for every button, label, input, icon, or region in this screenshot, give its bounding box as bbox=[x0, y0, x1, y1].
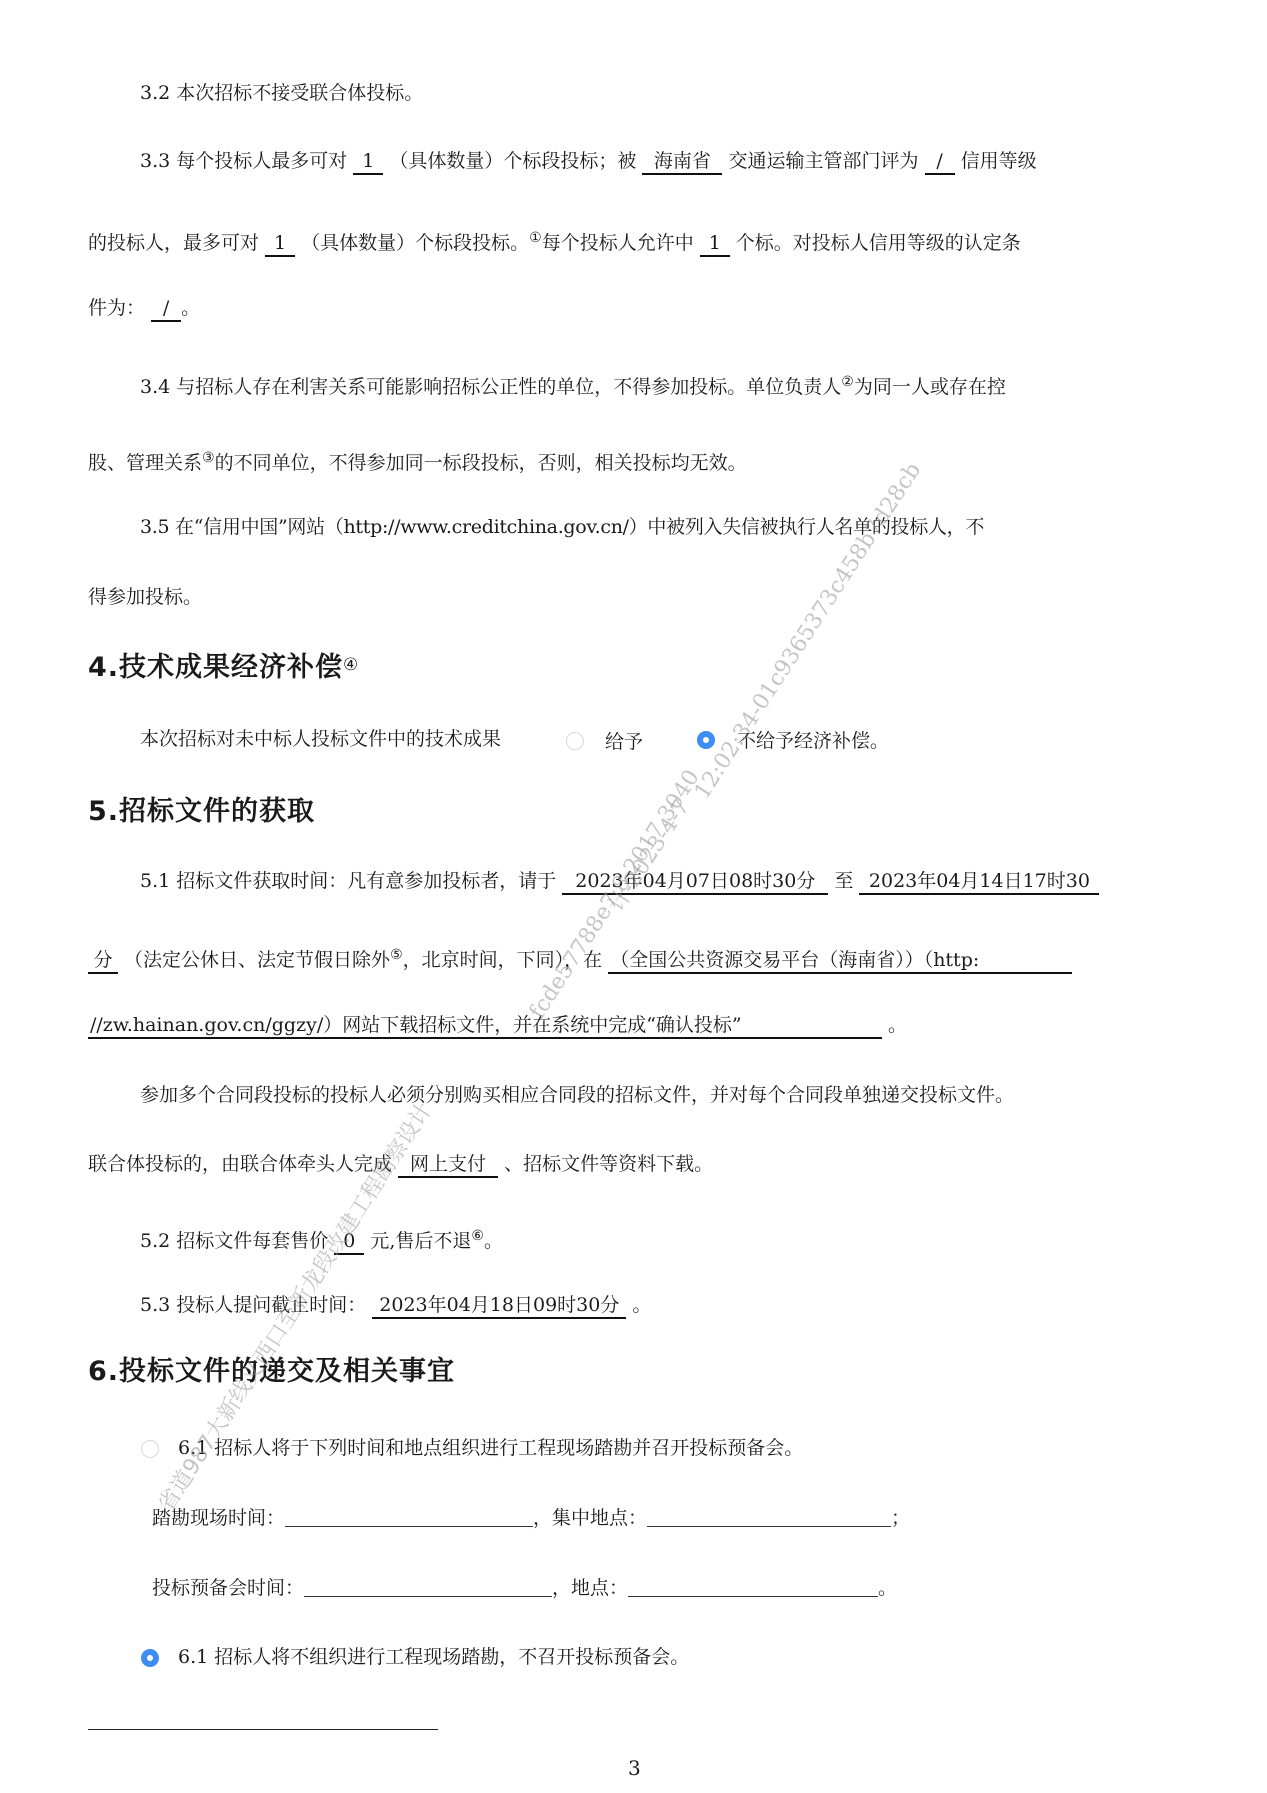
clause-5-1-line1: 5.1 招标文件获取时间：凡有意参加投标者，请于 2023年04月07日08时3… bbox=[140, 869, 1099, 895]
clause-text: 5.3 投标人提问截止时间： bbox=[140, 1294, 366, 1316]
clause-text: 至 bbox=[834, 870, 853, 892]
field-label: ，集中地点： bbox=[533, 1507, 647, 1529]
clause-text: 6.1 招标人将不组织进行工程现场踏勘，不召开投标预备会。 bbox=[178, 1646, 689, 1668]
clause-text: 参加多个合同段投标的投标人必须分别购买相应合同段的招标文件，并对每个合同段单独递… bbox=[140, 1084, 1014, 1106]
clause-3-3-line3: 件为： /。 bbox=[88, 296, 200, 322]
clause-text: 的不同单位，不得参加同一标段投标，否则，相关投标均无效。 bbox=[215, 452, 747, 474]
gathering-place-input[interactable] bbox=[647, 1526, 891, 1527]
footnote-ref-2[interactable]: ② bbox=[841, 374, 854, 390]
clause-text: 5.2 招标文件每套售价 bbox=[140, 1230, 328, 1252]
clause-text: 个标。对投标人信用等级的认定条 bbox=[736, 232, 1021, 254]
radio-no-site-visit[interactable] bbox=[141, 1649, 159, 1667]
clause-3-3-line2: 的投标人，最多可对 1 （具体数量）个标段投标。①每个投标人允许中 1 个标。对… bbox=[88, 226, 1021, 257]
section-6-heading: 6.投标文件的递交及相关事宜 bbox=[88, 1356, 455, 1388]
clause-text: 件为： bbox=[88, 297, 145, 319]
clause-text: 、招标文件等资料下载。 bbox=[504, 1153, 713, 1175]
max-sections-field: 1 bbox=[353, 149, 383, 175]
footnote-ref-4[interactable]: ④ bbox=[343, 655, 359, 675]
place-input[interactable] bbox=[628, 1596, 878, 1597]
field-label: 踏勘现场时间： bbox=[152, 1507, 285, 1529]
max-wins-field: 1 bbox=[700, 231, 730, 257]
compensation-row: 本次招标对未中标人投标文件中的技术成果 bbox=[140, 727, 501, 751]
clause-5-2: 5.2 招标文件每套售价 0 元,售后不退⑥。 bbox=[140, 1224, 503, 1255]
question-deadline-field: 2023年04月18日09时30分 bbox=[372, 1293, 626, 1319]
pre-bid-time-input[interactable] bbox=[304, 1596, 552, 1597]
clause-text: 得参加投标。 bbox=[88, 586, 202, 608]
clause-text: 3.3 每个投标人最多可对 bbox=[140, 150, 347, 172]
clause-3-2: 3.2 本次招标不接受联合体投标。 bbox=[140, 81, 423, 105]
clause-5-1-line3: //zw.hainan.gov.cn/ggzy/）网站下载招标文件，并在系统中完… bbox=[88, 1013, 907, 1039]
heading-text: 5.招标文件的获取 bbox=[88, 796, 315, 827]
clause-text: 6.1 招标人将于下列时间和地点组织进行工程现场踏勘并召开投标预备会。 bbox=[178, 1437, 803, 1459]
clause-text: 3.5 在“信用中国”网站（http://www.creditchina.gov… bbox=[140, 516, 984, 538]
clause-text: 3.4 与招标人存在利害关系可能影响招标公正性的单位，不得参加投标。单位负责人 bbox=[140, 376, 841, 398]
clause-text: 交通运输主管部门评为 bbox=[728, 150, 918, 172]
clause-3-4-line1: 3.4 与招标人存在利害关系可能影响招标公正性的单位，不得参加投标。单位负责人②… bbox=[140, 370, 1006, 399]
radio-no-compensation-label[interactable]: 不给予经济补偿。 bbox=[737, 729, 889, 753]
max-sections-credit-field: 1 bbox=[265, 231, 295, 257]
section-4-heading: 4.技术成果经济补偿④ bbox=[88, 649, 359, 684]
clause-text: 股、管理关系 bbox=[88, 452, 202, 474]
clause-3-4-line2: 股、管理关系③的不同单位，不得参加同一标段投标，否则，相关投标均无效。 bbox=[88, 446, 747, 475]
province-field: 海南省 bbox=[642, 149, 722, 175]
clause-text: 信用等级 bbox=[961, 150, 1037, 172]
footnote-ref-5[interactable]: ⑤ bbox=[390, 947, 403, 963]
clause-text: ，北京时间，下同），在 bbox=[403, 949, 603, 971]
clause-text: 本次招标对未中标人投标文件中的技术成果 bbox=[140, 728, 501, 750]
footnote-ref-1[interactable]: ① bbox=[529, 230, 542, 246]
page-number: 3 bbox=[628, 1756, 641, 1780]
footnote-ref-3[interactable]: ③ bbox=[202, 450, 215, 466]
clause-text: 。 bbox=[181, 297, 200, 319]
clause-text: 3.2 本次招标不接受联合体投标。 bbox=[140, 82, 423, 104]
multi-section-line1: 参加多个合同段投标的投标人必须分别购买相应合同段的招标文件，并对每个合同段单独递… bbox=[140, 1083, 1014, 1107]
option-no-site-visit-label[interactable]: 6.1 招标人将不组织进行工程现场踏勘，不召开投标预备会。 bbox=[178, 1645, 689, 1669]
clause-text: 5.1 招标文件获取时间：凡有意参加投标者，请于 bbox=[140, 870, 556, 892]
clause-text: 每个投标人允许中 bbox=[542, 232, 694, 254]
clause-text: （具体数量）个标段投标；被 bbox=[389, 150, 636, 172]
clause-5-3: 5.3 投标人提问截止时间： 2023年04月18日09时30分 。 bbox=[140, 1293, 651, 1319]
price-field: 0 bbox=[334, 1229, 364, 1255]
credit-condition-field: / bbox=[151, 296, 181, 322]
clause-3-3-line1: 3.3 每个投标人最多可对 1 （具体数量）个标段投标；被 海南省 交通运输主管… bbox=[140, 149, 1037, 175]
clause-text: （具体数量）个标段投标。 bbox=[301, 232, 529, 254]
radio-no-compensation[interactable] bbox=[697, 731, 715, 749]
pre-bid-row: 投标预备会时间：，地点：。 bbox=[152, 1576, 897, 1600]
clause-text: 元,售后不退 bbox=[370, 1230, 471, 1252]
heading-text: 4.技术成果经济补偿 bbox=[88, 652, 343, 683]
multi-section-line2: 联合体投标的，由联合体牵头人完成 网上支付 、招标文件等资料下载。 bbox=[88, 1152, 713, 1178]
end-time-field-cont: 分 bbox=[88, 948, 118, 974]
radio-organize-site-visit[interactable] bbox=[141, 1440, 159, 1458]
watermark-date: 计-2023-4-7 bbox=[600, 792, 696, 916]
credit-level-field: / bbox=[925, 149, 955, 175]
clause-text: 。 bbox=[484, 1230, 503, 1252]
platform-field-cont: //zw.hainan.gov.cn/ggzy/）网站下载招标文件，并在系统中完… bbox=[88, 1013, 882, 1039]
clause-text: 为同一人或存在控 bbox=[854, 376, 1006, 398]
platform-field: （全国公共资源交易平台（海南省））（http: bbox=[608, 948, 1072, 974]
punctuation: 。 bbox=[878, 1577, 897, 1599]
clause-3-5-line2: 得参加投标。 bbox=[88, 585, 202, 609]
section-5-heading: 5.招标文件的获取 bbox=[88, 796, 315, 828]
clause-text: 。 bbox=[888, 1014, 907, 1036]
clause-text: 联合体投标的，由联合体牵头人完成 bbox=[88, 1153, 392, 1175]
field-label: ，地点： bbox=[552, 1577, 628, 1599]
payment-method-field: 网上支付 bbox=[398, 1152, 498, 1178]
clause-text: 。 bbox=[632, 1294, 651, 1316]
footnote-divider bbox=[88, 1729, 438, 1730]
site-visit-row: 踏勘现场时间：，集中地点：； bbox=[152, 1506, 910, 1530]
field-label: 投标预备会时间： bbox=[152, 1577, 304, 1599]
end-time-field: 2023年04月14日17时30 bbox=[859, 869, 1099, 895]
radio-give-compensation[interactable] bbox=[566, 732, 584, 750]
clause-text: （法定公休日、法定节假日除外 bbox=[124, 949, 390, 971]
clause-5-1-line2: 分 （法定公休日、法定节假日除外⑤，北京时间，下同），在 （全国公共资源交易平台… bbox=[88, 943, 1072, 974]
site-visit-time-input[interactable] bbox=[285, 1526, 533, 1527]
footnote-ref-6[interactable]: ⑥ bbox=[471, 1228, 484, 1244]
clause-3-5-line1: 3.5 在“信用中国”网站（http://www.creditchina.gov… bbox=[140, 515, 984, 539]
clause-text: 的投标人，最多可对 bbox=[88, 232, 259, 254]
heading-text: 6.投标文件的递交及相关事宜 bbox=[88, 1356, 455, 1387]
option-site-visit-label[interactable]: 6.1 招标人将于下列时间和地点组织进行工程现场踏勘并召开投标预备会。 bbox=[178, 1436, 803, 1460]
punctuation: ； bbox=[891, 1507, 910, 1529]
start-time-field: 2023年04月07日08时30分 bbox=[562, 869, 828, 895]
radio-give-label[interactable]: 给予 bbox=[605, 730, 643, 754]
